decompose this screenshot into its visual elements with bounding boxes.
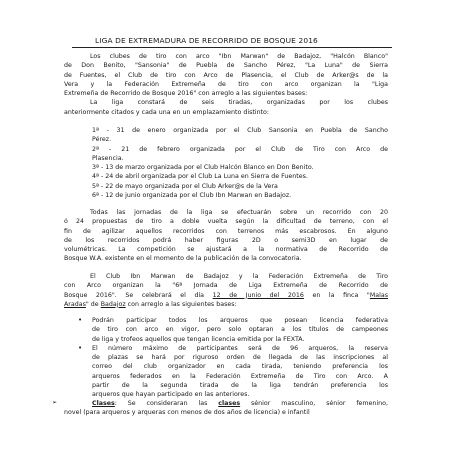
- text-line: de Don Benito, "Sansonia" de Puebla de S…: [64, 61, 388, 70]
- text-line: correo del club organizador en cada tira…: [92, 362, 388, 371]
- text-line: de plazas se hará por riguroso orden de …: [92, 353, 388, 362]
- text-fragment: con arreglo a las siguientes bases:: [126, 301, 237, 308]
- text-line: Bosque W.A. existente en el momento de l…: [64, 254, 388, 263]
- text-line: Bosque 2016". Se celebrará el día 12 de …: [64, 291, 388, 300]
- document-page: LIGA DE EXTREMADURA DE RECORRIDO DE BOSQ…: [0, 0, 452, 452]
- text-line: La liga constará de seis tiradas, organi…: [64, 98, 388, 107]
- text-line: volumétricas. La competición se ajustará…: [64, 245, 388, 254]
- rounds-paragraph: Todas las jornadas de la liga se efectua…: [64, 208, 388, 264]
- schedule-item-2-cont: Plasencia.: [92, 154, 388, 163]
- text-line: Podrán participar todos los arqueros que…: [92, 316, 388, 325]
- arrow-bullet-icon: ➢: [52, 399, 57, 406]
- schedule-item-6: 6ª - 12 de junio organizada por el Club …: [92, 191, 388, 200]
- text-fragment: " de: [86, 301, 101, 308]
- text-fragment: en la finca ": [304, 292, 370, 299]
- text-line: arqueros federados en la Federación Extr…: [92, 372, 388, 381]
- text-line: de Fuentes, el Club de tiro con Arco de …: [64, 71, 388, 80]
- text-line: Los clubes de tiro con arco "Ibn Marwan"…: [64, 52, 388, 61]
- bullet-icon: •: [78, 316, 82, 325]
- schedule-item-5: 5ª - 22 de mayo organizada por el Club A…: [92, 182, 388, 191]
- schedule-item-1: 1ª - 31 de enero organizada por el Club …: [92, 126, 388, 135]
- text-line: anteriormente citados y cada una en un e…: [64, 108, 388, 117]
- bullet-icon: •: [78, 344, 82, 353]
- text-line: novel (para arqueros y arqueras con meno…: [64, 408, 388, 417]
- text-fragment: : Se consideraran las: [115, 400, 218, 407]
- schedule-list: 1ª - 31 de enero organizada por el Club …: [92, 126, 388, 200]
- schedule-item-4: 4ª - 24 de abril organizada por el Club …: [92, 172, 388, 181]
- text-line: El número máximo de participantes será d…: [92, 344, 388, 353]
- schedule-item-1-cont: Pérez.: [92, 135, 388, 144]
- text-line: El Club Ibn Marwan de Badajoz y la Feder…: [64, 272, 388, 281]
- text-line: fin de agilizar aquellos recorridos con …: [64, 227, 388, 236]
- venue-name: Malas: [370, 292, 388, 299]
- text-line: Aradas" de Badajoz con arreglo a las sig…: [64, 300, 388, 309]
- venue-city: Badajoz: [101, 301, 126, 308]
- venue-name-cont: Aradas: [64, 301, 86, 308]
- text-line: ó 24 propuestas de tiro a doble vuelta s…: [64, 217, 388, 226]
- document-title: LIGA DE EXTREMADURA DE RECORRIDO DE BOSQ…: [72, 36, 392, 45]
- text-line: de tiro con arco en vigor, pero solo opt…: [92, 325, 388, 334]
- text-line: Clases: Se consideraran las clases sénio…: [64, 399, 388, 408]
- intro-paragraph: Los clubes de tiro con arco "Ibn Marwan"…: [64, 52, 388, 117]
- bases-list: • Podrán participar todos los arqueros q…: [92, 316, 388, 399]
- text-line: arqueros que hayan participado en las an…: [92, 390, 388, 399]
- event-paragraph: El Club Ibn Marwan de Badajoz y la Feder…: [64, 272, 388, 309]
- schedule-item-2: 2ª - 21 de febrero organizada por el Clu…: [92, 145, 388, 154]
- classes-heading: Clases: [92, 400, 115, 407]
- text-line: partir de la segunda tirada de la liga t…: [92, 381, 388, 390]
- text-fragment: Bosque 2016". Se celebrará el día: [64, 292, 213, 299]
- title-underline: [72, 47, 392, 48]
- text-fragment: sénior masculino, sénior femenino,: [240, 400, 388, 407]
- classes-paragraph: Clases: Se consideraran las clases sénio…: [64, 399, 388, 418]
- text-line: Extremeña de Recorrido de Bosque 2016" c…: [64, 89, 388, 98]
- schedule-item-3: 3ª - 13 de marzo organizada por el Club …: [92, 163, 388, 172]
- text-line: de los recorridos podrá haber figuras 2D…: [64, 236, 388, 245]
- classes-keyword: clases: [218, 400, 240, 407]
- text-line: con Arco organizan la "6ª Jornada de Lig…: [64, 281, 388, 290]
- text-line: Vera y la Federación Extremeña de tiro c…: [64, 80, 388, 89]
- text-line: Todas las jornadas de la liga se efectua…: [64, 208, 388, 217]
- event-date: 12 de Junio del 2016: [213, 292, 304, 299]
- text-line: de liga y trofeos aquellos que tengan li…: [92, 335, 388, 344]
